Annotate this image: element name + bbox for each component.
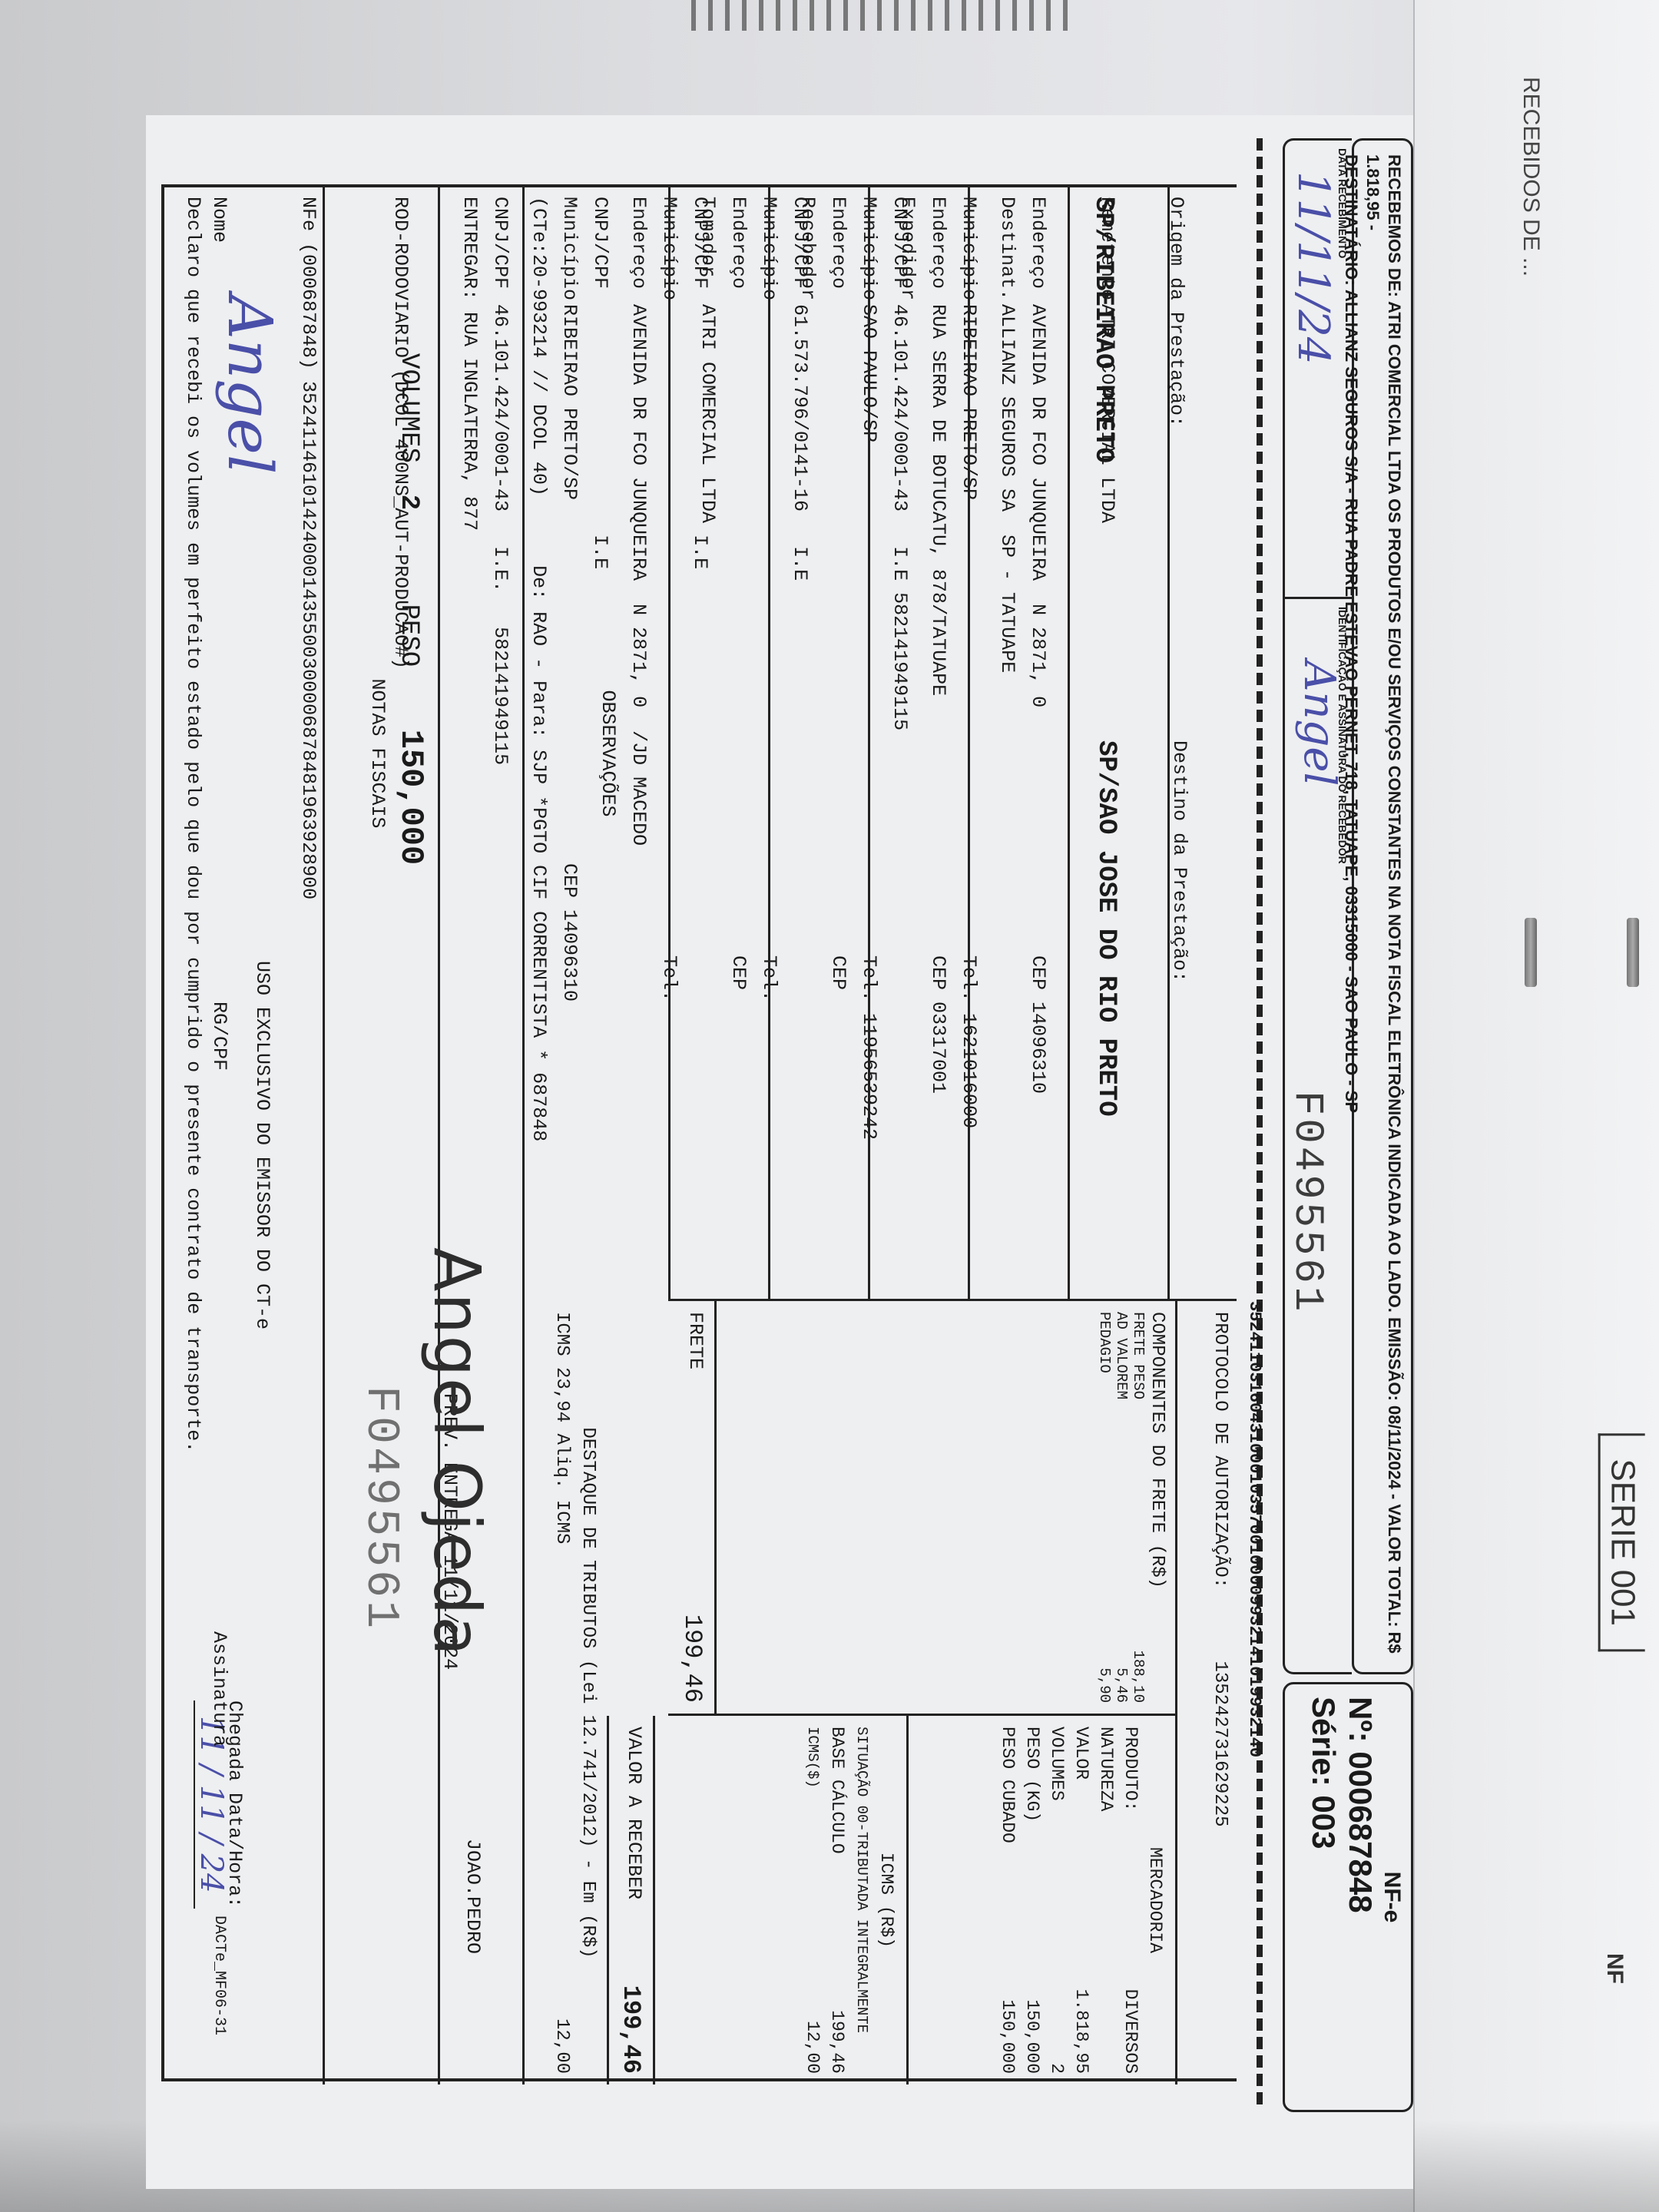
staple-icon	[1627, 918, 1639, 987]
parties-column: Origem da Prestação: SP/RIBEIRAO PRETO D…	[177, 187, 1237, 1301]
freight-component-name: AD VALOREM	[1113, 1312, 1130, 1399]
freight-component-value: 188,10	[1130, 1651, 1147, 1703]
merchandise-box: MERCADORIA PRODUTO:DIVERSOS NATUREZA VAL…	[906, 1716, 1175, 2085]
dacte-body: Origem da Prestação: SP/RIBEIRAO PRETO D…	[161, 184, 1237, 2081]
receiver-label: Recebedor	[796, 197, 819, 304]
underlying-receipt: RECEBIDOS DE ...	[1429, 46, 1613, 1352]
merch-row-value: DIVERSOS	[1118, 1989, 1143, 2074]
icms-base-label: BASE CÁLCULO	[825, 1727, 849, 1854]
payer-label: Tomador	[696, 197, 719, 304]
sender-section: RemetenteATRI COMERCIAL LTDA EndereçoAVE…	[1068, 187, 1167, 1301]
nfe-number-box: NF-e Nº: 000687848 Série: 003	[1283, 1682, 1413, 2112]
merch-row-value: 1.818,95	[1069, 1989, 1094, 2074]
receipt-date-handwritten: 11/11/24	[1288, 171, 1338, 365]
authorization-protocol: PROTOCOLO DE AUTORIZAÇÃO: 13524273162922…	[1175, 1301, 1237, 2085]
underlying-receipt-label: RECEBIDOS DE ...	[1518, 77, 1544, 276]
tax-icms-label: ICMS	[551, 1312, 572, 1356]
icms-situation: SITUAÇÃO 00-TRIBUTADA INTEGRALMENTE	[849, 1727, 874, 2074]
recipient-name: ALLIANZ SEGUROS SA SP - TATUAPE	[996, 304, 1018, 673]
freight-component-value: 5,46	[1113, 1667, 1130, 1703]
receiver-signature: Angel	[1294, 661, 1344, 786]
protocol-label: PROTOCOLO DE AUTORIZAÇÃO:	[1210, 1312, 1230, 1588]
nfe-number: Nº: 000687848	[1342, 1697, 1379, 2098]
icms-label: ICMS (R$)	[874, 1727, 899, 2074]
tax-highlight: DESTAQUE DE TRIBUTOS (Lei 12.741/2012) -…	[522, 1301, 607, 2085]
print-bleed	[691, 0, 1075, 31]
back-sheet-nf-label: NF	[1601, 1953, 1628, 1984]
dacte-document-frame: RECEBEMOS DE: ATRI COMERCIAL LTDA OS PRO…	[146, 115, 1413, 2189]
icms-amount-value: 12,00	[800, 2021, 825, 2074]
merch-row-label: VOLUMES	[1045, 1727, 1069, 1801]
amount-due-value: 199,46	[617, 1985, 645, 2074]
recipient-section: Destinat.ALLIANZ SEGUROS SA SP - TATUAPE…	[968, 187, 1068, 1301]
name-handwritten: Angel	[238, 295, 261, 474]
merch-row-value: 150,000	[1020, 1999, 1045, 2074]
shipper-section: Expedidor EndereçoCEP MunicípioTel. CNPJ…	[868, 187, 968, 1301]
destination-label: Destino da Prestação:	[1167, 740, 1190, 1117]
receipt-date-box[interactable]: DATA RECEBIMENTO 11/11/24	[1283, 138, 1352, 599]
freight-component-name: PEDAGIO	[1096, 1312, 1113, 1373]
tax-rate-value: 12,00	[548, 2018, 575, 2074]
dacte-document: RECEBEMOS DE: ATRI COMERCIAL LTDA OS PRO…	[146, 115, 1413, 2189]
amount-due-label: VALOR A RECEBER	[617, 1727, 645, 1899]
icms-base-value: 199,46	[825, 2010, 849, 2074]
invoices-label: NOTAS FISCAIS	[366, 197, 389, 1310]
sender-name: ATRI COMERCIAL LTDA	[1096, 304, 1118, 523]
payer-section: TomadorATRI COMERCIAL LTDA EndereçoAVENI…	[668, 187, 768, 1301]
nfe-serie: Série: 003	[1305, 1697, 1342, 2098]
merchandise-label: MERCADORIA	[1143, 1727, 1167, 2074]
staple-icon	[1525, 918, 1537, 987]
freight-components: COMPONENTES DO FRETE (R$) FRETE PESO188,…	[714, 1301, 1175, 1716]
receiver-id-box[interactable]: IDENTIFICAÇÃO E ASSINATURA DO RECEBEDOR …	[1283, 599, 1352, 1674]
route-section: Origem da Prestação: SP/RIBEIRAO PRETO D…	[1167, 187, 1237, 1301]
merch-row-label: NATUREZA	[1094, 1727, 1118, 1811]
rg-cpf-label: RG/CPF	[207, 1002, 230, 1071]
receipt-statement: RECEBEMOS DE: ATRI COMERCIAL LTDA OS PRO…	[1352, 138, 1413, 1674]
merch-row-value: 2	[1045, 2063, 1069, 2074]
recipient-label: Destinat.	[995, 197, 1018, 304]
protocol-value: 135242731629225	[1210, 1661, 1230, 1826]
receiver-stamp-code: F0495561	[1283, 1091, 1330, 1314]
observations-label: OBSERVAÇÕES	[596, 197, 619, 1310]
back-sheet-serie-label: SERIE 001	[1598, 1433, 1645, 1651]
amount-due: VALOR A RECEBER199,46	[607, 1716, 653, 2085]
receiver-section: Recebedor EndereçoCEP MunicípioTel. CNPJ…	[768, 187, 868, 1301]
tax-highlight-label: DESTAQUE DE TRIBUTOS (Lei 12.741/2012) -…	[575, 1312, 601, 2074]
freight-total: FRETE199,46	[668, 1301, 714, 1716]
sender-label: Remetente	[1095, 197, 1118, 304]
merch-row-label: PESO CUBADO	[995, 1727, 1020, 1843]
tax-rate-label: Aliq. ICMS	[551, 1433, 572, 1544]
freight-component-value: 5,90	[1096, 1667, 1113, 1703]
freight-components-label: COMPONENTES DO FRETE (R$)	[1147, 1312, 1167, 1703]
shipper-label: Expedidor	[896, 197, 919, 304]
nfe-title: NF-e	[1379, 1697, 1405, 2098]
access-key: 3524110316043100010357001000099321410199…	[1245, 1301, 1264, 2085]
merch-row-value: 150,000	[995, 1999, 1020, 2074]
receipt-stub: RECEBEMOS DE: ATRI COMERCIAL LTDA OS PRO…	[1290, 138, 1413, 1674]
icms-amount-label: ICMS($)	[800, 1727, 825, 1788]
payer-name: ATRI COMERCIAL LTDA	[697, 304, 719, 523]
merch-row-label: PRODUTO:	[1118, 1727, 1143, 1811]
icms-box: ICMS (R$) SITUAÇÃO 00-TRIBUTADA INTEGRAL…	[653, 1716, 906, 2085]
merch-row-label: VALOR	[1069, 1727, 1094, 1780]
values-column: 3524110316043100010357001000099321410199…	[177, 1301, 1237, 2085]
freight-total-value: 199,46	[676, 1614, 707, 1703]
freight-total-label: FRETE	[676, 1312, 707, 1369]
name-label: Nome	[207, 197, 230, 243]
freight-component-name: FRETE PESO	[1130, 1312, 1147, 1399]
receipt-statement-line1: RECEBEMOS DE: ATRI COMERCIAL LTDA OS PRO…	[1362, 154, 1405, 1658]
merch-row-label: PESO (KG)	[1020, 1727, 1045, 1822]
tax-icms-value: 23,94	[551, 1367, 572, 1422]
